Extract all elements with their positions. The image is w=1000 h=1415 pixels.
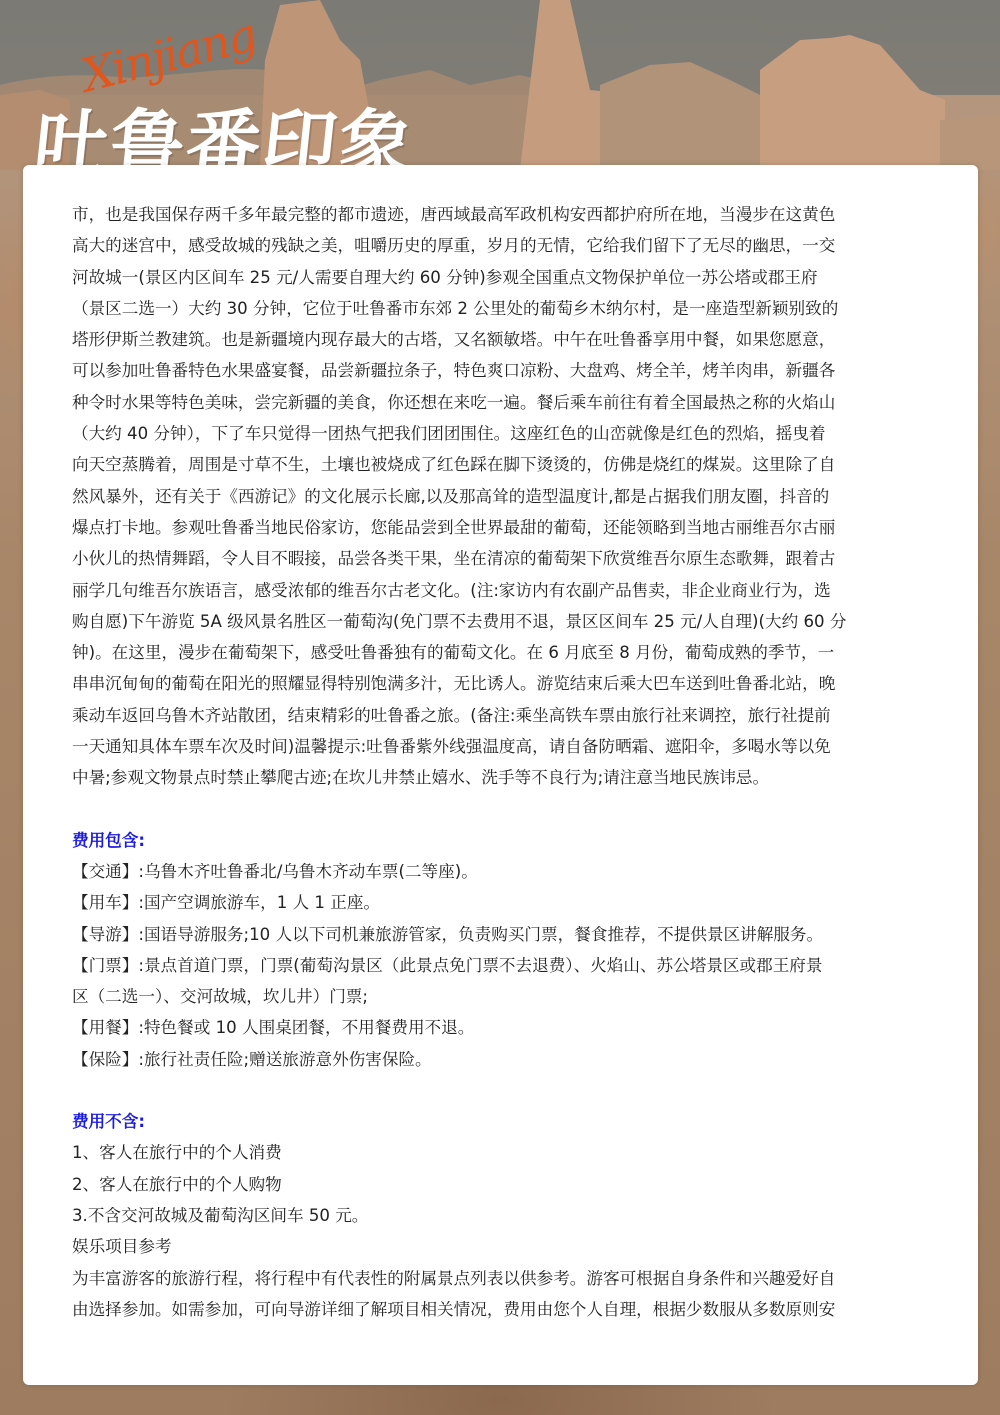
fee-item-label: 【用车】	[72, 893, 138, 912]
fee-item-text: :景点首道门票，门票(葡萄沟景区（此景点免门票不去退费）、火焰山、苏公塔景区或郡…	[138, 956, 822, 975]
itinerary-line: 然风暴外，还有关于《西游记》的文化展示长廊,以及那高耸的造型温度计,都是占据我们…	[72, 481, 932, 512]
fee-item-tickets-continuation: 区（二选一）、交河故城，坎儿井）门票;	[72, 981, 932, 1012]
itinerary-line: 塔形伊斯兰教建筑。也是新疆境内现存最大的古塔，又名额敏塔。中午在吐鲁番享用中餐，…	[72, 324, 932, 355]
itinerary-line: （景区二选一）大约 30 分钟，它位于吐鲁番市东郊 2 公里处的葡萄乡木纳尔村，…	[72, 293, 932, 324]
fee-item-vehicle: 【用车】:国产空调旅游车，1 人 1 正座。	[72, 887, 932, 918]
itinerary-line: 丽学几句维吾尔族语言，感受浓郁的维吾尔古老文化。(注:家访内有农副产品售卖，非企…	[72, 575, 932, 606]
entertainment-heading: 娱乐项目参考	[72, 1231, 932, 1262]
fees-included-heading: 费用包含:	[72, 825, 932, 856]
fee-item-tickets: 【门票】:景点首道门票，门票(葡萄沟景区（此景点免门票不去退费）、火焰山、苏公塔…	[72, 950, 932, 981]
itinerary-line: 市，也是我国保存两千多年最完整的都市遗迹，唐西域最高军政机构安西都护府所在地，当…	[72, 199, 932, 230]
fee-item-meals: 【用餐】:特色餐或 10 人围桌团餐，不用餐费用不退。	[72, 1012, 932, 1043]
itinerary-line: 中暑;参观文物景点时禁止攀爬古迹;在坎儿井禁止嬉水、洗手等不良行为;请注意当地民…	[72, 762, 932, 793]
content-body: 市，也是我国保存两千多年最完整的都市遗迹，唐西域最高军政机构安西都护府所在地，当…	[72, 199, 932, 1325]
content-panel: 市，也是我国保存两千多年最完整的都市遗迹，唐西域最高军政机构安西都护府所在地，当…	[23, 165, 978, 1385]
fees-excluded-list: 1、客人在旅行中的个人消费 2、客人在旅行中的个人购物 3.不含交河故城及葡萄沟…	[72, 1137, 932, 1231]
fee-item-text: :特色餐或 10 人围桌团餐，不用餐费用不退。	[138, 1018, 474, 1037]
entertainment-line: 由选择参加。如需参加，可向导游详细了解项目相关情况，费用由您个人自理，根据少数服…	[72, 1294, 932, 1325]
fee-item-transport: 【交通】:乌鲁木齐吐鲁番北/乌鲁木齐动车票(二等座)。	[72, 856, 932, 887]
page-logo: Xinjiang 吐鲁番印象	[30, 28, 450, 168]
fee-item-guide: 【导游】:国语导游服务;10 人以下司机兼旅游管家，负责购买门票，餐食推荐，不提…	[72, 919, 932, 950]
itinerary-line: 河故城一(景区内区间车 25 元/人需要自理大约 60 分钟)参观全国重点文物保…	[72, 262, 932, 293]
fee-item-label: 【交通】	[72, 862, 138, 881]
entertainment-line: 为丰富游客的旅游行程，将行程中有代表性的附属景点列表以供参考。游客可根据自身条件…	[72, 1263, 932, 1294]
fee-item-label: 【保险】	[72, 1050, 138, 1069]
itinerary-line: （大约 40 分钟），下了车只觉得一团热气把我们团团围住。这座红色的山峦就像是红…	[72, 418, 932, 449]
itinerary-line: 种令时水果等特色美味，尝完新疆的美食，你还想在来吃一遍。餐后乘车前往有着全国最热…	[72, 387, 932, 418]
fee-item-text: :国产空调旅游车，1 人 1 正座。	[138, 893, 380, 912]
fee-item-label: 【门票】	[72, 956, 138, 975]
excluded-item: 1、客人在旅行中的个人消费	[72, 1137, 932, 1168]
itinerary-line: 钟)。在这里，漫步在葡萄架下，感受吐鲁番独有的葡萄文化。在 6 月底至 8 月份…	[72, 637, 932, 668]
itinerary-paragraph: 市，也是我国保存两千多年最完整的都市遗迹，唐西域最高军政机构安西都护府所在地，当…	[72, 199, 932, 794]
fee-item-text: :旅行社责任险;赠送旅游意外伤害保险。	[138, 1050, 431, 1069]
itinerary-line: 一天通知具体车票车次及时间)温馨提示:吐鲁番紫外线强温度高，请自备防晒霜、遮阳伞…	[72, 731, 932, 762]
fee-item-text: :国语导游服务;10 人以下司机兼旅游管家，负责购买门票，餐食推荐，不提供景区讲…	[138, 925, 823, 944]
itinerary-line: 购自愿)下午游览 5A 级风景名胜区一葡萄沟(免门票不去费用不退，景区区间车 2…	[72, 606, 932, 637]
fee-item-text: :乌鲁木齐吐鲁番北/乌鲁木齐动车票(二等座)。	[138, 862, 477, 881]
itinerary-line: 串串沉甸甸的葡萄在阳光的照耀显得特别饱满多汁，无比诱人。游览结束后乘大巴车送到吐…	[72, 668, 932, 699]
excluded-item: 3.不含交河故城及葡萄沟区间车 50 元。	[72, 1200, 932, 1231]
itinerary-line: 高大的迷宫中，感受故城的残缺之美，咀嚼历史的厚重，岁月的无情，它给我们留下了无尽…	[72, 230, 932, 261]
fees-excluded-heading: 费用不含:	[72, 1106, 932, 1137]
itinerary-line: 可以参加吐鲁番特色水果盛宴餐，品尝新疆拉条子，特色爽口凉粉、大盘鸡、烤全羊，烤羊…	[72, 355, 932, 386]
fee-item-label: 【导游】	[72, 925, 138, 944]
itinerary-line: 乘动车返回乌鲁木齐站散团，结束精彩的吐鲁番之旅。(备注:乘坐高铁车票由旅行社来调…	[72, 700, 932, 731]
itinerary-line: 向天空蒸腾着，周围是寸草不生，土壤也被烧成了红色踩在脚下烫烫的，仿佛是烧红的煤炭…	[72, 449, 932, 480]
fee-item-insurance: 【保险】:旅行社责任险;赠送旅游意外伤害保险。	[72, 1044, 932, 1075]
excluded-item: 2、客人在旅行中的个人购物	[72, 1169, 932, 1200]
fee-item-label: 【用餐】	[72, 1018, 138, 1037]
itinerary-line: 爆点打卡地。参观吐鲁番当地民俗家访，您能品尝到全世界最甜的葡萄，还能领略到当地古…	[72, 512, 932, 543]
fees-included-list: 【交通】:乌鲁木齐吐鲁番北/乌鲁木齐动车票(二等座)。 【用车】:国产空调旅游车…	[72, 856, 932, 1075]
itinerary-line: 小伙儿的热情舞蹈，令人目不暇接，品尝各类干果，坐在清凉的葡萄架下欣赏维吾尔原生态…	[72, 543, 932, 574]
